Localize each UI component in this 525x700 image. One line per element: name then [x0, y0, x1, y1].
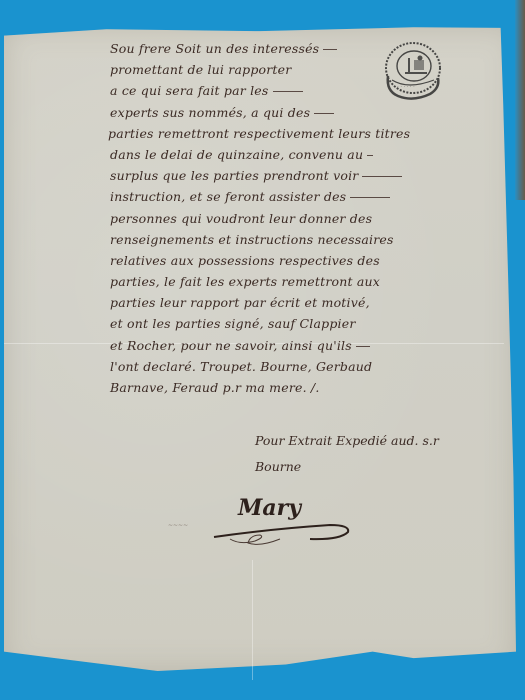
- text-line: Sou frere Soit un des interessés: [110, 38, 505, 59]
- line-filler-dash: [350, 197, 390, 198]
- closing-line: Bourne: [255, 454, 439, 480]
- text-line: instruction, et se feront assister des: [110, 186, 505, 207]
- text-line: experts sus nommés, a qui des: [110, 102, 505, 123]
- wood-surface-edge: [515, 0, 525, 200]
- text-line: promettant de lui rapporter: [110, 59, 505, 80]
- text-line: a ce qui sera fait par les: [110, 80, 505, 101]
- text-line: et ont les parties signé, sauf Clappier: [110, 313, 505, 334]
- text-line: Barnave, Feraud p.r ma mere. /.: [110, 377, 505, 398]
- line-filler-dash: [314, 113, 334, 114]
- text-line: et Rocher, pour ne savoir, ainsi qu'ils: [110, 335, 505, 356]
- line-filler-dash: [362, 176, 402, 177]
- signature-flourish-icon: [210, 495, 360, 550]
- text-line: l'ont declaré. Troupet. Bourne, Gerbaud: [110, 356, 505, 377]
- closing-block: Pour Extrait Expedié aud. s.r Bourne: [255, 428, 439, 480]
- closing-line: Pour Extrait Expedié aud. s.r: [255, 428, 439, 454]
- paper-fold-vertical: [252, 560, 253, 680]
- text-line: parties, le fait les experts remettront …: [110, 271, 505, 292]
- line-filler-dash: [356, 346, 370, 347]
- line-filler-dash: [367, 155, 373, 156]
- text-line: parties remettront respectivement leurs …: [108, 123, 505, 144]
- line-filler-dash: [273, 91, 303, 92]
- text-line: surplus que les parties prendront voir: [110, 165, 505, 186]
- document-body: Sou frere Soit un des interessés promett…: [110, 38, 505, 398]
- faint-mark: ~~~~: [168, 522, 188, 529]
- signature: Mary: [210, 495, 360, 550]
- text-line: personnes qui voudront leur donner des: [110, 208, 505, 229]
- text-line: relatives aux possessions respectives de…: [110, 250, 505, 271]
- text-line: renseignements et instructions necessair…: [110, 229, 505, 250]
- text-line: parties leur rapport par écrit et motivé…: [110, 292, 505, 313]
- text-line: dans le delai de quinzaine, convenu au: [110, 144, 505, 165]
- line-filler-dash: [323, 49, 337, 50]
